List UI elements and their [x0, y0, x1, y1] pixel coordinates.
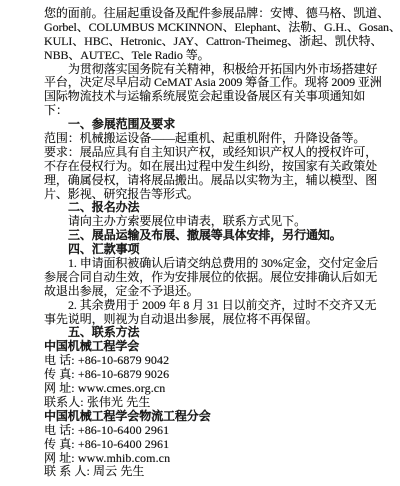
document-line: 国际物流技术与运输系统展览会起重设备展区有关事项通知如: [44, 90, 390, 104]
document-line: 参展合同自动生效，作为安排展位的依据。展位安排确认后如无: [44, 271, 390, 285]
section-heading-1: 一、参展范围及要求: [44, 118, 390, 132]
document-line: 理，确属侵权，请将展品搬出。展品以实物为主，辅以模型、图: [44, 174, 390, 188]
document-line: 故退出参展，定金不予退还。: [44, 285, 390, 299]
document-line-brand-list: NBB、AUTEC、Tele Radio 等。: [44, 49, 390, 63]
phone-line-logistics: 电 话: +86-10-6400 2961: [44, 424, 390, 438]
website-line-cmes: 网 址: www.cmes.org.cn: [44, 382, 390, 396]
document-line: 1. 申请面积被确认后请交纳总费用的 30%定金，交付定金后: [44, 257, 390, 271]
section-heading-4: 四、汇款事项: [44, 243, 390, 257]
scanned-notice-document: 您的面前。往届起重设备及配件参展品牌：安博、德马格、凯道、 Gorbel、COL…: [0, 0, 400, 486]
document-line: 要求：展品应具有自主知识产权，或经知识产权人的授权许可，: [44, 146, 390, 160]
document-line: 2. 其余费用于 2009 年 8 月 31 日以前交齐，过时不交齐又无: [44, 299, 390, 313]
contact-person-cmes: 联系人: 张伟光 先生: [44, 396, 390, 410]
fax-line-cmes: 传 真: +86-10-6879 9026: [44, 368, 390, 382]
organization-name-logistics: 中国机械工程学会物流工程分会: [44, 410, 390, 424]
document-line: 范围：机械搬运设备——起重机、起重机附件，升降设备等。: [44, 132, 390, 146]
fax-line-logistics: 传 真: +86-10-6400 2961: [44, 438, 390, 452]
document-line: 您的面前。往届起重设备及配件参展品牌：安博、德马格、凯道、: [44, 7, 390, 21]
document-line: 不存在侵权行为。如在展出过程中发生纠纷，按国家有关政策处: [44, 160, 390, 174]
document-line-brand-list: Gorbel、COLUMBUS MCKINNON、Elephant、法勒、G.H…: [44, 21, 390, 35]
contact-person-logistics: 联 系 人: 周云 先生: [44, 465, 390, 479]
document-line-brand-list: KULI、HBC、Hetronic、JAY、Cattron-Theimeg、浙起…: [44, 35, 390, 49]
